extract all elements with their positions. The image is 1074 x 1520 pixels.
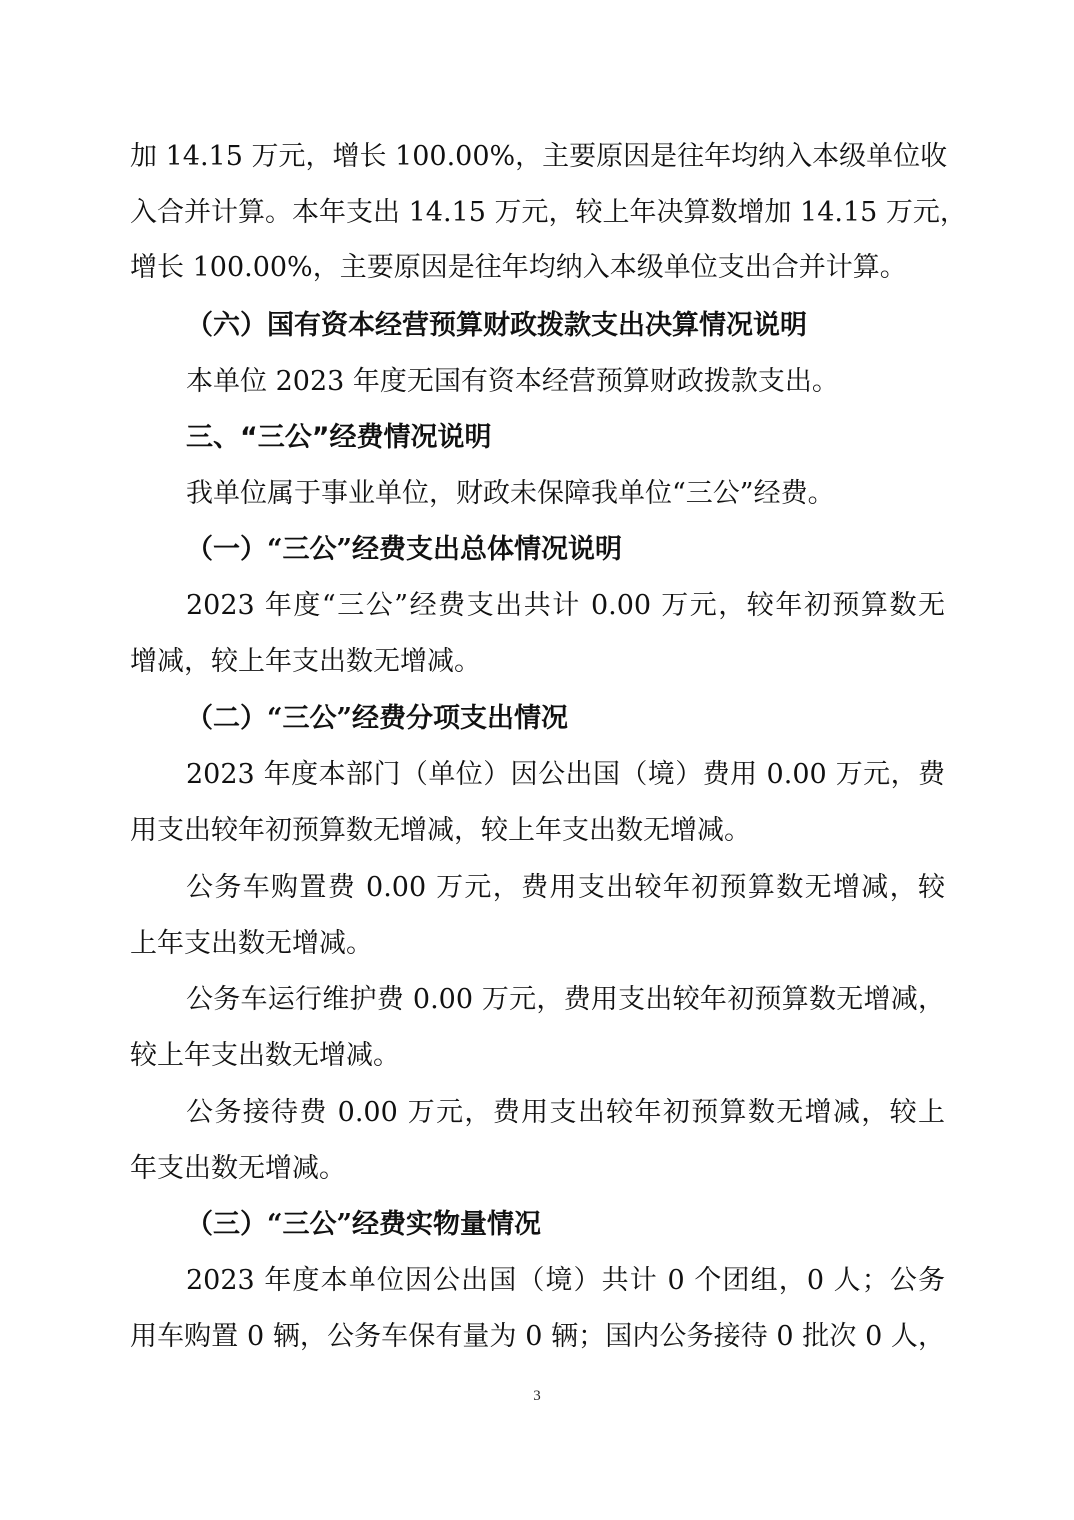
section-heading-6: （六）国有资本经营预算财政拨款支出决算情况说明 xyxy=(186,306,807,346)
sub-heading-3: （三）“三公”经费实物量情况 xyxy=(186,1205,541,1245)
part-heading-3: 三、“三公”经费情况说明 xyxy=(186,418,492,458)
body-text-line: 2023 年度本部门（单位）因公出国（境）费用 0.00 万元，费 xyxy=(186,755,945,795)
body-text-line: 加 14.15 万元，增长 100.00%，主要原因是往年均纳入本级单位收 xyxy=(130,137,945,177)
body-text-line: 2023 年度“三公”经费支出共计 0.00 万元，较年初预算数无 xyxy=(186,586,945,626)
body-text-line: 我单位属于事业单位，财政未保障我单位“三公”经费。 xyxy=(186,474,945,514)
body-text-line: 年支出数无增减。 xyxy=(130,1149,945,1189)
body-text-line: 公务接待费 0.00 万元，费用支出较年初预算数无增减，较上 xyxy=(186,1093,945,1133)
body-text-line: 本单位 2023 年度无国有资本经营预算财政拨款支出。 xyxy=(186,362,945,402)
body-text-line: 公务车购置费 0.00 万元，费用支出较年初预算数无增减，较 xyxy=(186,868,945,908)
document-page: 加 14.15 万元，增长 100.00%，主要原因是往年均纳入本级单位收 入合… xyxy=(0,0,1074,1520)
body-text-line: 入合并计算。本年支出 14.15 万元，较上年决算数增加 14.15 万元， xyxy=(130,193,945,233)
body-text-line: 上年支出数无增减。 xyxy=(130,924,945,964)
body-text-line: 2023 年度本单位因公出国（境）共计 0 个团组，0 人；公务 xyxy=(186,1261,945,1301)
sub-heading-2: （二）“三公”经费分项支出情况 xyxy=(186,699,568,739)
body-text-line: 用车购置 0 辆，公务车保有量为 0 辆；国内公务接待 0 批次 0 人， xyxy=(130,1317,945,1357)
body-text-line: 用支出较年初预算数无增减，较上年支出数无增减。 xyxy=(130,811,945,851)
body-text-line: 增长 100.00%，主要原因是往年均纳入本级单位支出合并计算。 xyxy=(130,248,945,288)
sub-heading-1: （一）“三公”经费支出总体情况说明 xyxy=(186,530,622,570)
body-text-line: 较上年支出数无增减。 xyxy=(130,1036,945,1076)
page-number: 3 xyxy=(0,1388,1074,1405)
body-text-line: 增减，较上年支出数无增减。 xyxy=(130,642,945,682)
body-text-line: 公务车运行维护费 0.00 万元，费用支出较年初预算数无增减， xyxy=(186,980,945,1020)
